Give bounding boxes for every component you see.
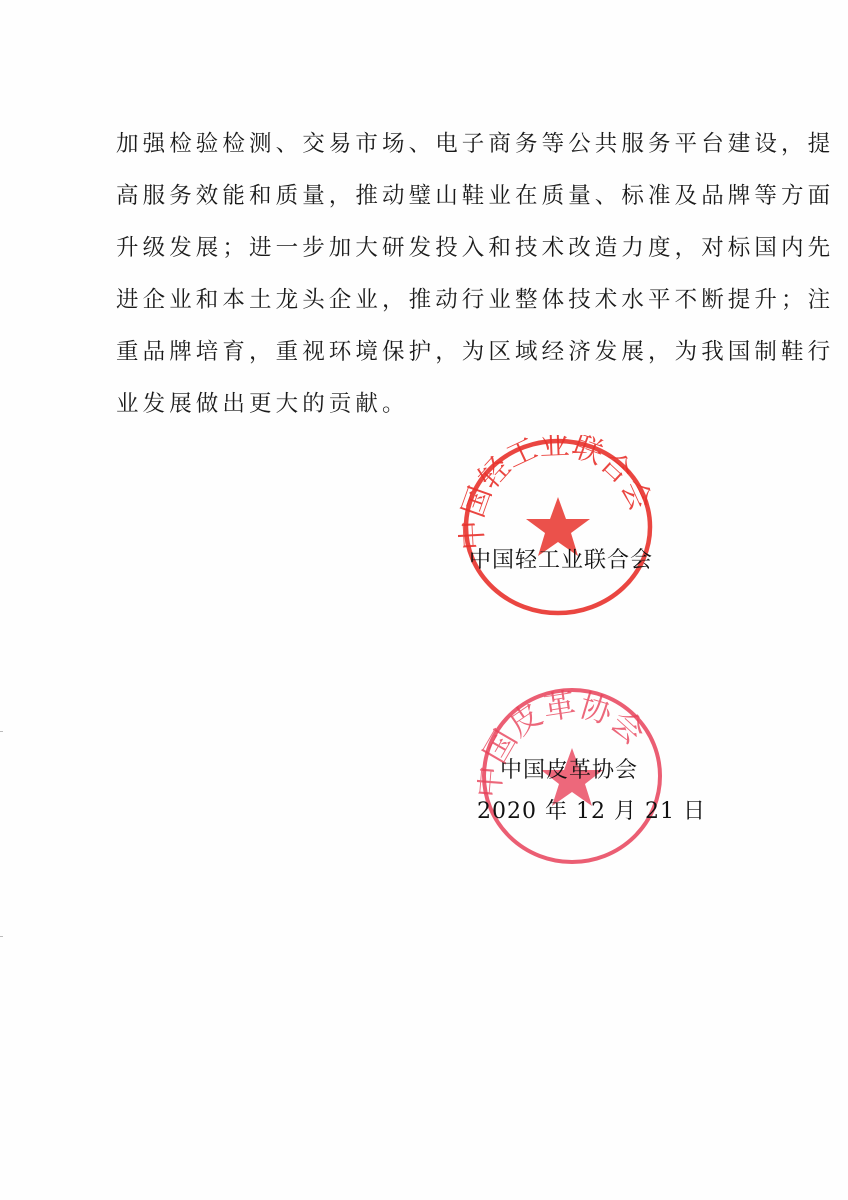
document-body: 加强检验检测、交易市场、电子商务等公共服务平台建设，提 高服务效能和质量，推动璧… <box>116 124 746 436</box>
red-seal-stamp-icon: 中国轻工业联合会 <box>458 435 658 617</box>
seal-light-industry-council: 中国轻工业联合会 <box>458 435 658 617</box>
document-page: 加强检验检测、交易市场、电子商务等公共服务平台建设，提 高服务效能和质量，推动璧… <box>0 0 848 1200</box>
body-line: 高服务效能和质量，推动璧山鞋业在质量、标准及品牌等方面 <box>116 176 746 228</box>
signature-date: 2020 年 12 月 21 日 <box>477 794 706 825</box>
signature-org-2: 中国皮革协会 <box>500 753 638 784</box>
body-line: 进企业和本土龙头企业，推动行业整体技术水平不断提升；注 <box>116 280 746 332</box>
body-line: 升级发展；进一步加大研发投入和技术改造力度，对标国内先 <box>116 228 746 280</box>
scan-edge-mark <box>0 936 3 937</box>
body-line: 重品牌培育，重视环境保护，为区域经济发展，为我国制鞋行 <box>116 332 746 384</box>
body-line: 业发展做出更大的贡献。 <box>116 384 746 436</box>
signature-org-1: 中国轻工业联合会 <box>469 543 653 574</box>
body-line: 加强检验检测、交易市场、电子商务等公共服务平台建设，提 <box>116 124 746 176</box>
scan-edge-mark <box>0 731 3 732</box>
